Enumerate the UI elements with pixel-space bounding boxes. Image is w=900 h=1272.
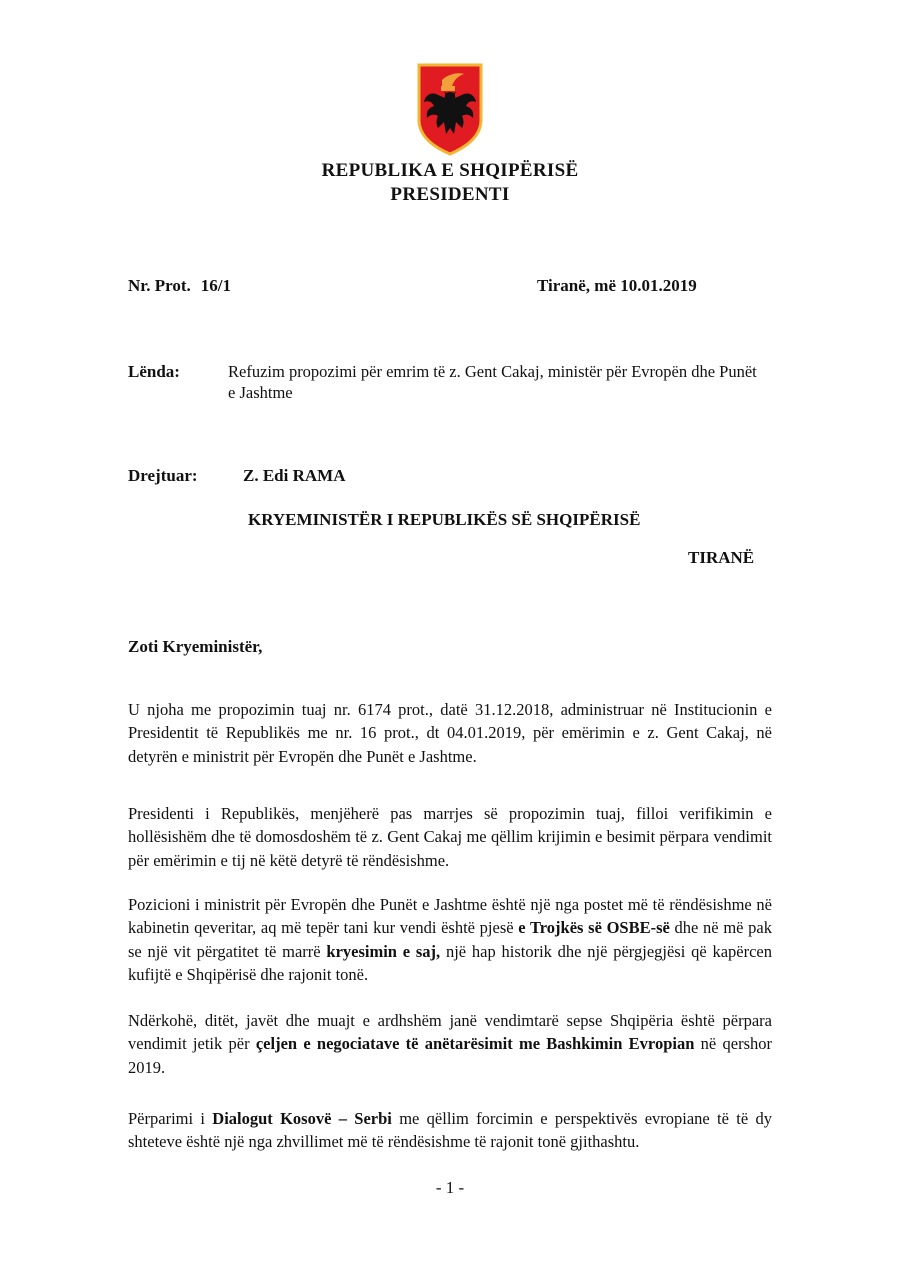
- protocol-reference: Nr. Prot.16/1: [128, 276, 231, 296]
- albanian-coat-of-arms-icon: [416, 62, 484, 156]
- header-president: PRESIDENTI: [0, 184, 900, 206]
- protocol-label: Nr. Prot.: [128, 276, 191, 295]
- body-paragraph: Ndërkohë, ditët, javët dhe muajt e ardhs…: [128, 1009, 772, 1080]
- bold-text-run: Dialogut Kosovë – Serbi: [212, 1109, 392, 1128]
- body-paragraph: Përparimi i Dialogut Kosovë – Serbi me q…: [128, 1107, 772, 1154]
- bold-text-run: çeljen e negociatave të anëtarësimit me …: [256, 1034, 695, 1053]
- addressee-label: Drejtuar:: [128, 466, 198, 486]
- salutation: Zoti Kryeministër,: [128, 637, 262, 657]
- text-run: Presidenti i Republikës, menjëherë pas m…: [128, 804, 772, 870]
- place-date: Tiranë, më 10.01.2019: [537, 276, 697, 296]
- body-paragraph: Pozicioni i ministrit për Evropën dhe Pu…: [128, 893, 772, 987]
- addressee-name: Z. Edi RAMA: [243, 466, 345, 486]
- addressee-city: TIRANË: [688, 548, 754, 568]
- text-run: U njoha me propozimin tuaj nr. 6174 prot…: [128, 700, 772, 766]
- subject-text: Refuzim propozimi për emrim të z. Gent C…: [228, 361, 768, 403]
- addressee-title: KRYEMINISTËR I REPUBLIKËS SË SHQIPËRISË: [248, 510, 640, 530]
- bold-text-run: kryesimin e saj,: [326, 942, 440, 961]
- subject-label: Lënda:: [128, 362, 180, 382]
- body-paragraph: U njoha me propozimin tuaj nr. 6174 prot…: [128, 698, 772, 769]
- page-number: - 1 -: [0, 1178, 900, 1198]
- body-paragraph: Presidenti i Republikës, menjëherë pas m…: [128, 802, 772, 873]
- text-run: Përparimi i: [128, 1109, 212, 1128]
- header-republic: REPUBLIKA E SHQIPËRISË: [0, 160, 900, 182]
- bold-text-run: e Trojkës së OSBE-së: [518, 918, 670, 937]
- protocol-number: 16/1: [201, 276, 231, 295]
